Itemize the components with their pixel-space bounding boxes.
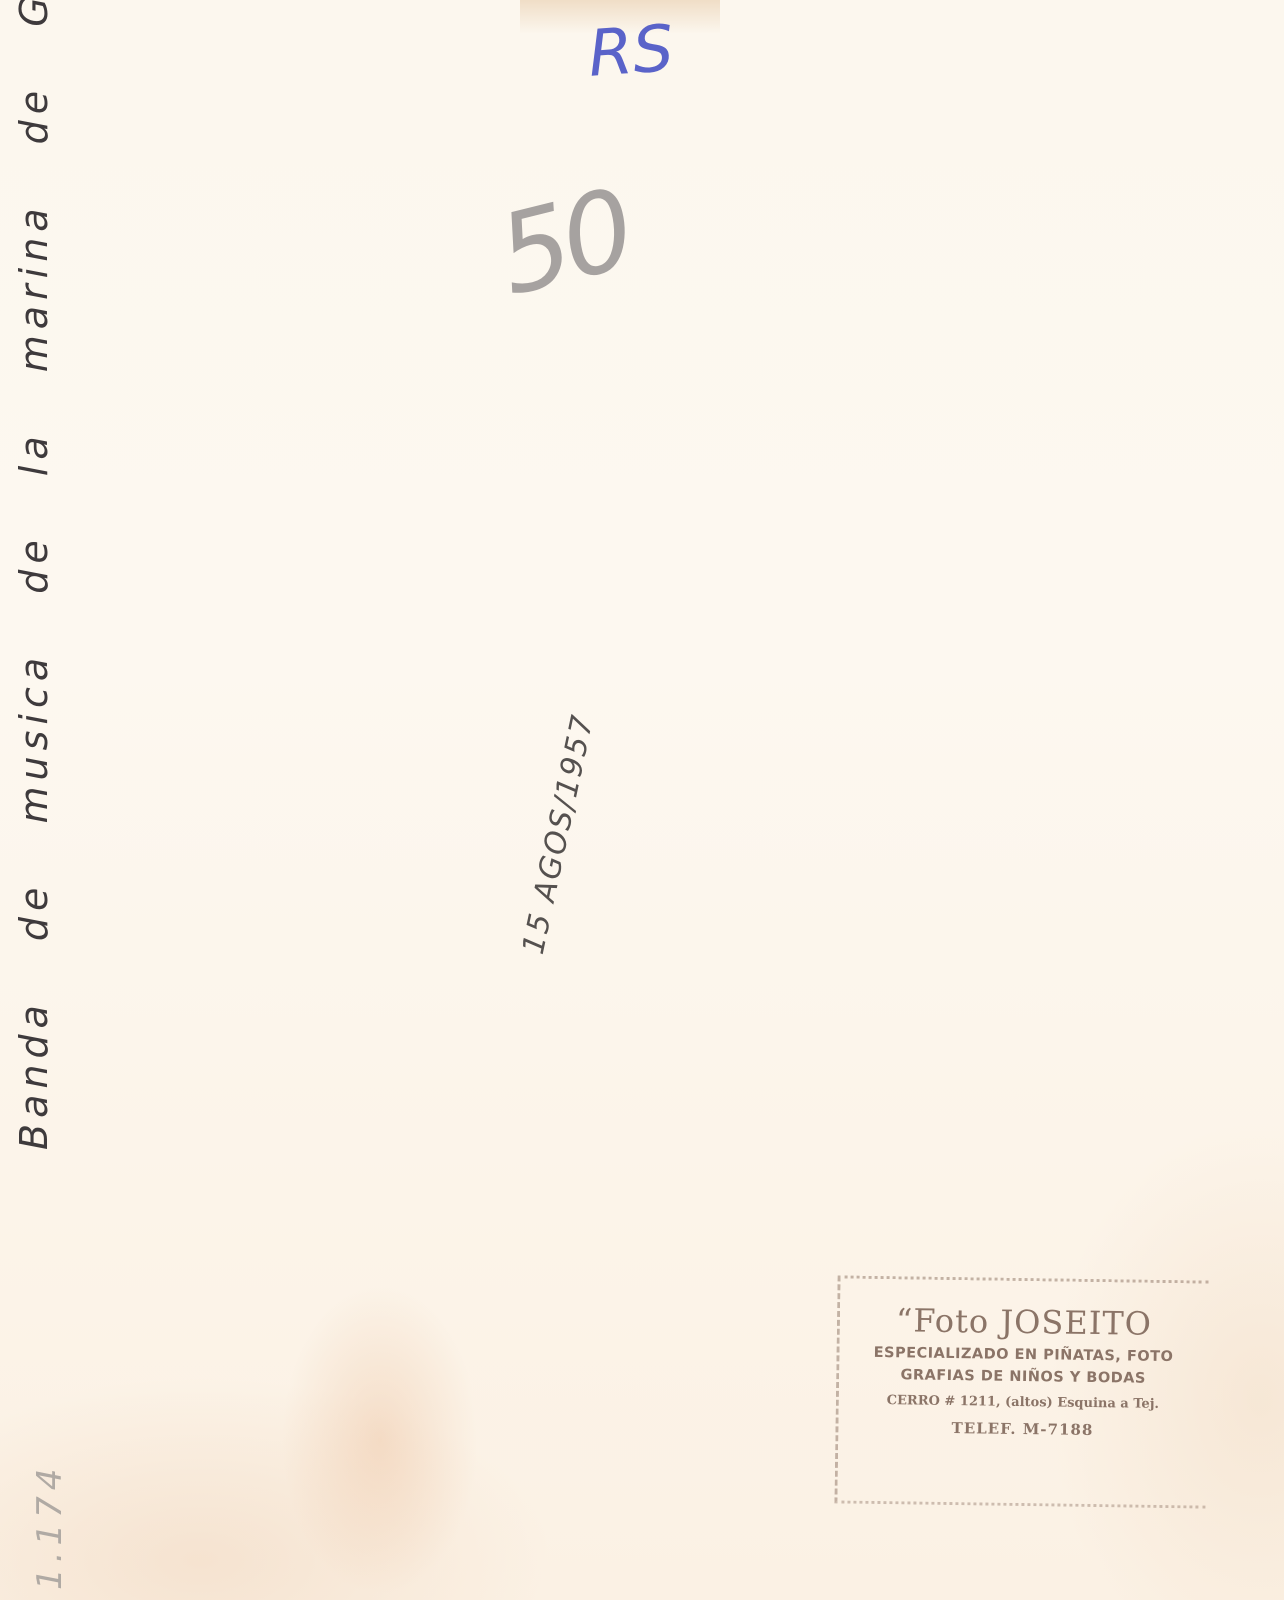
stamp-studio-name: “Foto JOSEITO (840, 1300, 1208, 1343)
handwritten-code: RS (586, 12, 676, 92)
studio-stamp: “Foto JOSEITO ESPECIALIZADO EN PIÑATAS, … (834, 1275, 1208, 1508)
stamp-line-2: GRAFIAS DE NIÑOS Y BODAS (839, 1366, 1207, 1387)
handwritten-caption: Banda de musica de la marina de Guerra. (12, 0, 56, 1150)
stamp-address: CERRO # 1211, (altos) Esquina a Tej. (839, 1392, 1207, 1412)
stamp-phone: TELEF. M-7188 (838, 1417, 1206, 1440)
stamp-line-1: ESPECIALIZADO EN PIÑATAS, FOTO (839, 1344, 1207, 1365)
pencil-reference-number: 1.174 (30, 1463, 70, 1590)
